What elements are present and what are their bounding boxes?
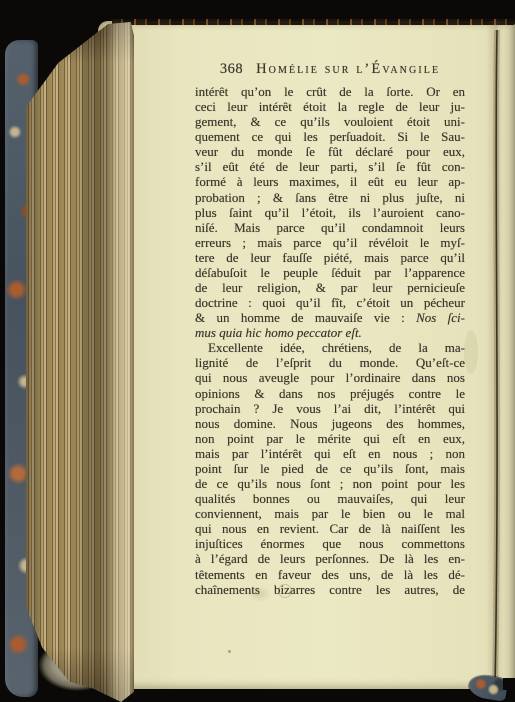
paper-speck bbox=[433, 108, 436, 110]
ink-blot-stain bbox=[246, 586, 272, 602]
text-line: à l’égard de leurs perſonnes. De là les … bbox=[195, 551, 465, 566]
text-segment: qualités bonnes ou mauvaiſes, qui leur bbox=[195, 491, 465, 506]
text-segment: mais par l’intérêt qui eſt en nous ; non bbox=[195, 446, 465, 461]
text-segment: prochain ? Je vous l’ai dit, l’intérêt q… bbox=[195, 401, 465, 416]
text-line: opinions & dans nos préjugés contre le bbox=[195, 386, 465, 401]
leaf-top-edge bbox=[112, 19, 515, 25]
text-line: têtements en faveur des uns, de là les d… bbox=[195, 567, 465, 582]
text-segment: conviennent, mais par le bien ou le mal bbox=[195, 506, 465, 521]
ring-stain bbox=[278, 584, 292, 598]
text-line: qui nous aveugle pour l’ordinaire dans n… bbox=[195, 370, 465, 385]
text-line: probation ; & ſans être ni plus juſte, n… bbox=[195, 190, 465, 205]
text-segment: probation ; & ſans être ni plus juſte, n… bbox=[195, 190, 465, 205]
book-photo: 368 Homélie sur l’Évangile intérêt qu’on… bbox=[0, 0, 515, 702]
text-segment: qui nous aveugle pour l’ordinaire dans n… bbox=[195, 370, 465, 385]
text-line: niſé. Mais parce qu’il condamnoit leurs bbox=[195, 220, 465, 235]
text-line: intérêt qu’on le crût de la ſorte. Or en bbox=[195, 84, 465, 99]
text-line: & un homme de mauvaiſe vie : Nos ſci- bbox=[195, 310, 465, 325]
text-line: s’il eût été de leur parti, s’il ſe fût … bbox=[195, 159, 465, 174]
text-segment: nous domine. Nous jugeons des hommes, bbox=[195, 416, 465, 431]
text-line: lignité de l’eſprit du monde. Qu’eſt-ce bbox=[195, 355, 465, 370]
text-segment: point ſur le pied de ce qu’ils ſont, mai… bbox=[195, 461, 465, 476]
text-line: non point par le mérite qui eſt en eux, bbox=[195, 431, 465, 446]
text-segment: erreurs ; mais parce qu’il révéloit le m… bbox=[195, 235, 465, 250]
text-segment: injuſtices énormes que nous commettons bbox=[195, 536, 465, 551]
text-segment: Excellente idée, chrétiens, de la ma- bbox=[208, 340, 465, 355]
text-line: prochain ? Je vous l’ai dit, l’intérêt q… bbox=[195, 401, 465, 416]
text-segment: gement, & ce qu’ils vouloient étoit uni- bbox=[195, 114, 465, 129]
text-line: point ſur le pied de ce qu’ils ſont, mai… bbox=[195, 461, 465, 476]
latin-quote-segment: mus quia hic homo peccator eſt. bbox=[195, 325, 362, 340]
text-segment: chaînements bizarres contre les autres, … bbox=[195, 582, 465, 597]
text-line: quement ce qui les perſuadoit. Si le Sau… bbox=[195, 129, 465, 144]
text-line: qui nous en revient. Car de là naiſſent … bbox=[195, 521, 465, 536]
text-line: mus quia hic homo peccator eſt. bbox=[195, 325, 465, 340]
text-line: nous domine. Nous jugeons des hommes, bbox=[195, 416, 465, 431]
text-line: formé à leurs maximes, il eût eu leur ap… bbox=[195, 174, 465, 189]
background-corner bbox=[503, 678, 515, 690]
text-line: erreurs ; mais parce qu’il révéloit le m… bbox=[195, 235, 465, 250]
text-line: déſabuſoit le peuple ſéduit par l’appare… bbox=[195, 265, 465, 280]
gutter-shadow bbox=[486, 21, 515, 689]
text-line: injuſtices énormes que nous commettons bbox=[195, 536, 465, 551]
text-segment: à l’égard de leurs perſonnes. De là les … bbox=[195, 551, 465, 566]
text-line: chaînements bizarres contre les autres, … bbox=[195, 582, 465, 597]
paper-speck bbox=[228, 650, 231, 653]
page-header: 368 Homélie sur l’Évangile bbox=[195, 61, 465, 79]
text-segment: têtements en faveur des uns, de là les d… bbox=[195, 567, 465, 582]
text-segment: ceci leur intérêt étoit la regle de leur… bbox=[195, 99, 465, 114]
text-segment: & un homme de mauvaiſe vie : bbox=[195, 310, 416, 325]
margin-smudge bbox=[464, 330, 478, 374]
page-body: intérêt qu’on le crût de la ſorte. Or en… bbox=[195, 84, 465, 597]
text-line: plus ſaint qu’il l’étoit, ils l’auroient… bbox=[195, 205, 465, 220]
text-line: Excellente idée, chrétiens, de la ma- bbox=[195, 340, 465, 355]
text-segment: niſé. Mais parce qu’il condamnoit leurs bbox=[195, 220, 465, 235]
text-segment: veur du monde ſe fût déclaré pour eux, bbox=[195, 144, 465, 159]
text-segment: intérêt qu’on le crût de la ſorte. Or en bbox=[195, 84, 465, 99]
running-title: Homélie sur l’Évangile bbox=[256, 61, 440, 78]
text-segment: quement ce qui les perſuadoit. Si le Sau… bbox=[195, 129, 465, 144]
text-segment: doctrine : quoi qu’il fît, c’étoit un pé… bbox=[195, 295, 465, 310]
text-segment: déſabuſoit le peuple ſéduit par l’appare… bbox=[195, 265, 465, 280]
text-line: doctrine : quoi qu’il fît, c’étoit un pé… bbox=[195, 295, 465, 310]
text-segment: s’il eût été de leur parti, s’il ſe fût … bbox=[195, 159, 465, 174]
text-segment: tere de leur fauſſe piété, mais parce qu… bbox=[195, 250, 465, 265]
page-fore-edges bbox=[26, 22, 134, 702]
text-segment: qui nous en revient. Car de là naiſſent … bbox=[195, 521, 465, 536]
text-line: conviennent, mais par le bien ou le mal bbox=[195, 506, 465, 521]
text-line: de leur religion, & par leur pernicieuſe bbox=[195, 280, 465, 295]
text-segment: formé à leurs maximes, il eût eu leur ap… bbox=[195, 174, 465, 189]
text-line: ceci leur intérêt étoit la regle de leur… bbox=[195, 99, 465, 114]
text-line: tere de leur fauſſe piété, mais parce qu… bbox=[195, 250, 465, 265]
text-segment: de leur religion, & par leur pernicieuſe bbox=[195, 280, 465, 295]
text-line: gement, & ce qu’ils vouloient étoit uni- bbox=[195, 114, 465, 129]
text-line: veur du monde ſe fût déclaré pour eux, bbox=[195, 144, 465, 159]
text-segment: de ce qu’ils nous ſont ; non point pour … bbox=[195, 476, 465, 491]
text-segment: non point par le mérite qui eſt en eux, bbox=[195, 431, 465, 446]
text-line: qualités bonnes ou mauvaiſes, qui leur bbox=[195, 491, 465, 506]
latin-quote-segment: Nos ſci- bbox=[416, 310, 465, 325]
text-segment: opinions & dans nos préjugés contre le bbox=[195, 386, 465, 401]
text-segment: lignité de l’eſprit du monde. Qu’eſt-ce bbox=[195, 355, 465, 370]
text-block: 368 Homélie sur l’Évangile intérêt qu’on… bbox=[195, 61, 465, 597]
text-line: de ce qu’ils nous ſont ; non point pour … bbox=[195, 476, 465, 491]
text-segment: plus ſaint qu’il l’étoit, ils l’auroient… bbox=[195, 205, 465, 220]
text-line: mais par l’intérêt qui eſt en nous ; non bbox=[195, 446, 465, 461]
page-number: 368 bbox=[220, 61, 243, 78]
